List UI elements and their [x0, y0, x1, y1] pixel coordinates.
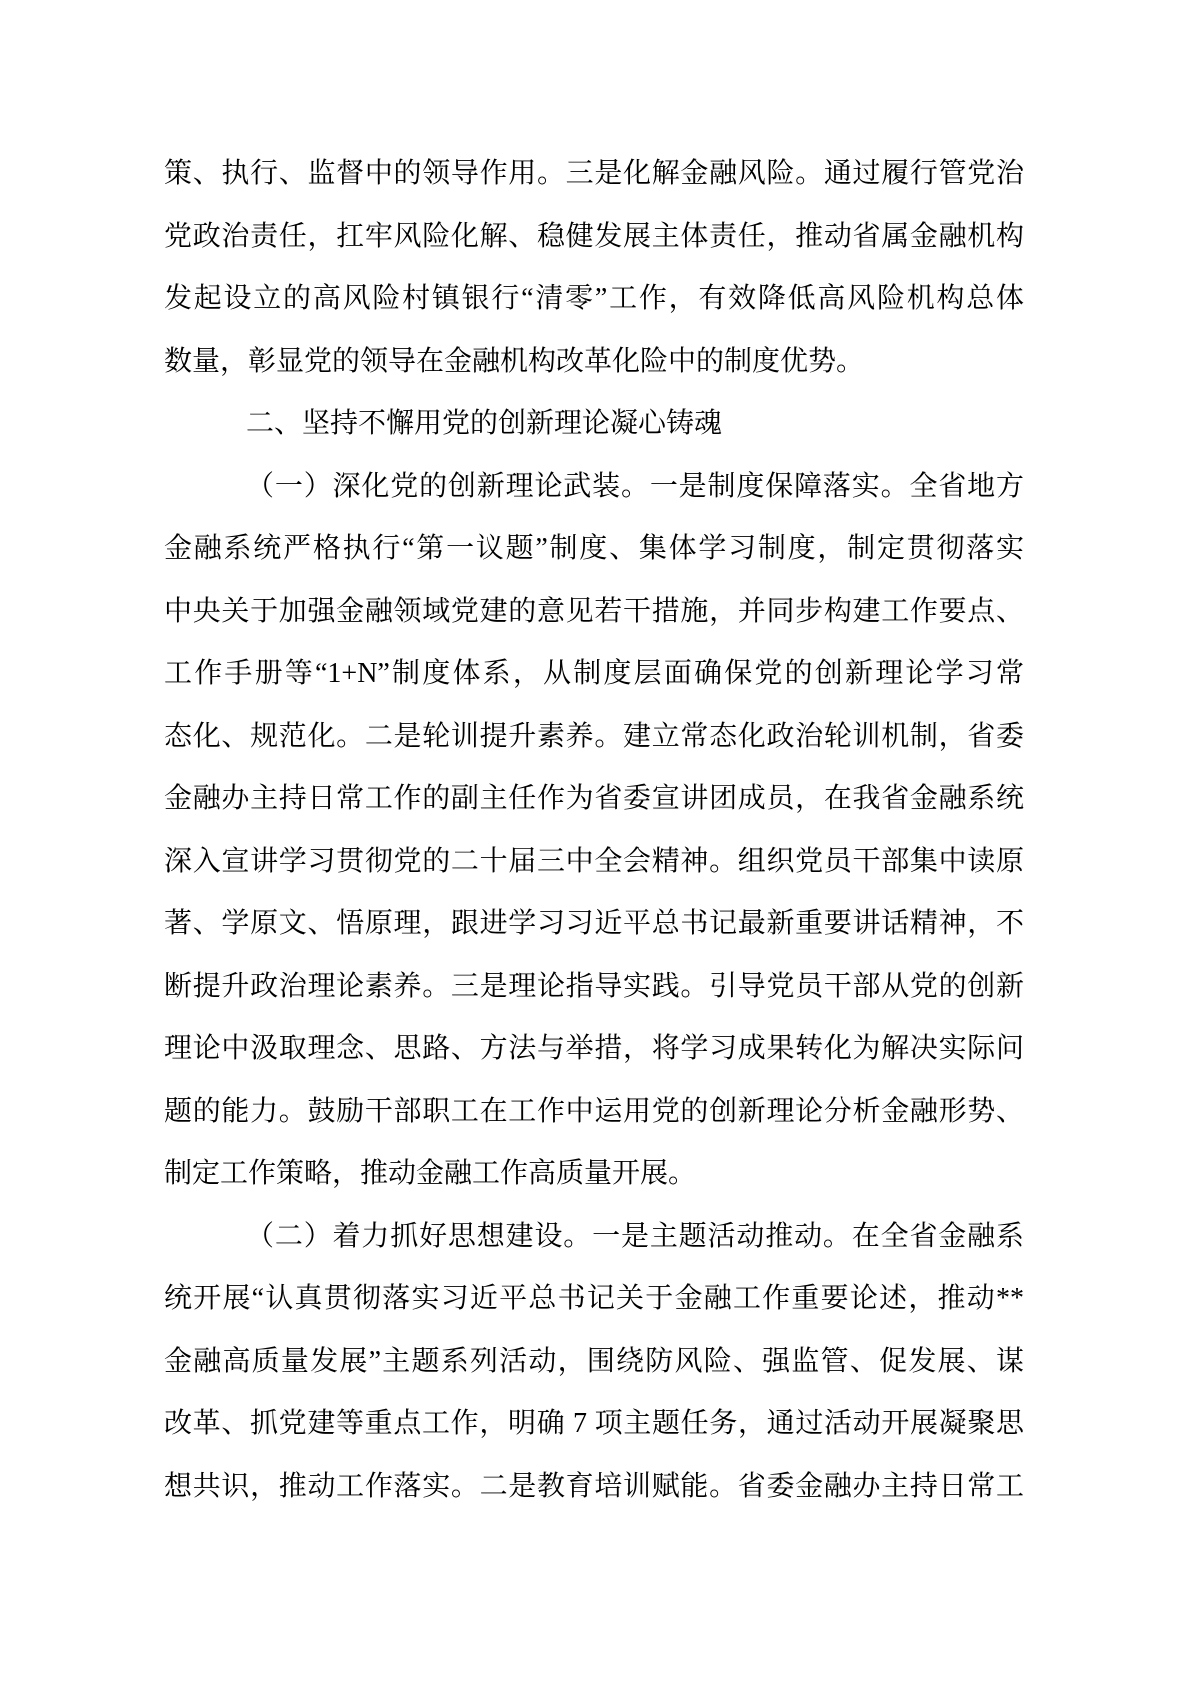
text-line: 著、学原文、悟原理，跟进学习习近平总书记最新重要讲话精神，不 — [164, 893, 1024, 956]
text-line: 党政治责任，扛牢风险化解、稳健发展主体责任，推动省属金融机构 — [164, 206, 1024, 269]
text-line: 策、执行、监督中的领导作用。三是化解金融风险。通过履行管党治 — [164, 143, 1024, 206]
document-page: 策、执行、监督中的领导作用。三是化解金融风险。通过履行管党治 党政治责任，扛牢风… — [0, 0, 1190, 1683]
text-line: 改革、抓党建等重点工作，明确 7 项主题任务，通过活动开展凝聚思 — [164, 1393, 1024, 1456]
paragraph-start: （二）着力抓好思想建设。一是主题活动推动。在全省金融系 — [164, 1206, 1024, 1269]
document-body: 策、执行、监督中的领导作用。三是化解金融风险。通过履行管党治 党政治责任，扛牢风… — [164, 143, 1024, 1518]
text-line: 断提升政治理论素养。三是理论指导实践。引导党员干部从党的创新 — [164, 956, 1024, 1019]
text-line: 工作手册等“1+N”制度体系，从制度层面确保党的创新理论学习常 — [164, 643, 1024, 706]
section-heading: 二、坚持不懈用党的创新理论凝心铸魂 — [164, 393, 1024, 456]
text-line: 金融办主持日常工作的副主任作为省委宣讲团成员，在我省金融系统 — [164, 768, 1024, 831]
text-line: 数量，彰显党的领导在金融机构改革化险中的制度优势。 — [164, 331, 1024, 394]
text-line: 想共识，推动工作落实。二是教育培训赋能。省委金融办主持日常工 — [164, 1456, 1024, 1519]
text-line: 金融高质量发展”主题系列活动，围绕防风险、强监管、促发展、谋 — [164, 1331, 1024, 1394]
text-line: 发起设立的高风险村镇银行“清零”工作，有效降低高风险机构总体 — [164, 268, 1024, 331]
text-line: 中央关于加强金融领域党建的意见若干措施，并同步构建工作要点、 — [164, 581, 1024, 644]
text-line: 题的能力。鼓励干部职工在工作中运用党的创新理论分析金融形势、 — [164, 1081, 1024, 1144]
text-line: 理论中汲取理念、思路、方法与举措，将学习成果转化为解决实际问 — [164, 1018, 1024, 1081]
text-line: 统开展“认真贯彻落实习近平总书记关于金融工作重要论述，推动** — [164, 1268, 1024, 1331]
text-line: 态化、规范化。二是轮训提升素养。建立常态化政治轮训机制，省委 — [164, 706, 1024, 769]
paragraph-start: （一）深化党的创新理论武装。一是制度保障落实。全省地方 — [164, 456, 1024, 519]
text-line: 金融系统严格执行“第一议题”制度、集体学习制度，制定贯彻落实 — [164, 518, 1024, 581]
text-line: 制定工作策略，推动金融工作高质量开展。 — [164, 1143, 1024, 1206]
text-line: 深入宣讲学习贯彻党的二十届三中全会精神。组织党员干部集中读原 — [164, 831, 1024, 894]
